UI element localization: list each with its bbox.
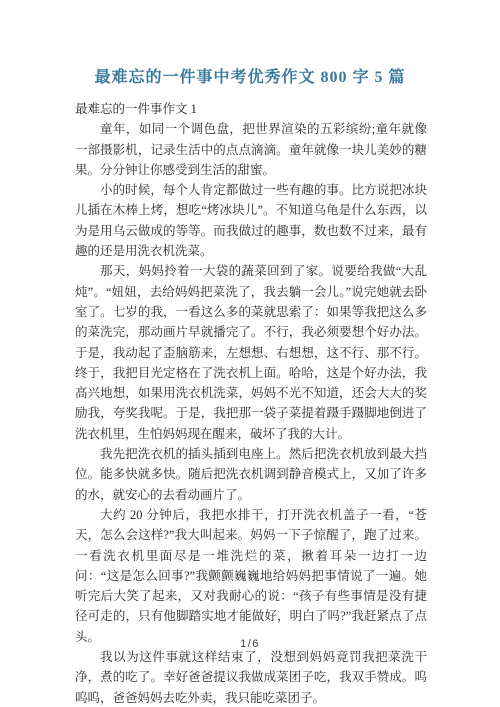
essay-paragraph: 那天，妈妈拎着一大袋的蔬菜回到了家。说要给我做“大乱炖”。“妞妞，去给妈妈把菜洗… xyxy=(75,261,427,444)
essay-heading: 最难忘的一件事作文 1 xyxy=(75,99,427,119)
essay-paragraph: 大约 20 分钟后，我把水排干，打开洗衣机盖子一看，“苍天，怎么会这样?”我大叫… xyxy=(75,505,427,647)
essay-paragraph: 童年，如同一个调色盘，把世界渲染的五彩缤纷;童年就像一部摄影机，记录生活中的点点… xyxy=(75,119,427,180)
page-number-indicator: 1/6 xyxy=(0,638,500,650)
essay-paragraph: 小的时候，每个人肯定都做过一些有趣的事。比方说把冰块儿插在木棒上烤，想吃“烤冰块… xyxy=(75,180,427,261)
document-title: 最难忘的一件事中考优秀作文 800 字 5 篇 xyxy=(0,64,500,87)
essay-paragraph: 我先把洗衣机的插头插到电座上。然后把洗衣机放到最大挡位。能多快就多快。随后把洗衣… xyxy=(75,444,427,505)
document-body: 最难忘的一件事作文 1 童年，如同一个调色盘，把世界渲染的五彩缤纷;童年就像一部… xyxy=(75,99,427,707)
essay-paragraph: 我以为这件事就这样结束了，没想到妈妈竟罚我把菜洗干净，煮的吃了。幸好爸爸提议我做… xyxy=(75,647,427,707)
document-page: 最难忘的一件事中考优秀作文 800 字 5 篇 最难忘的一件事作文 1 童年，如… xyxy=(0,0,500,707)
